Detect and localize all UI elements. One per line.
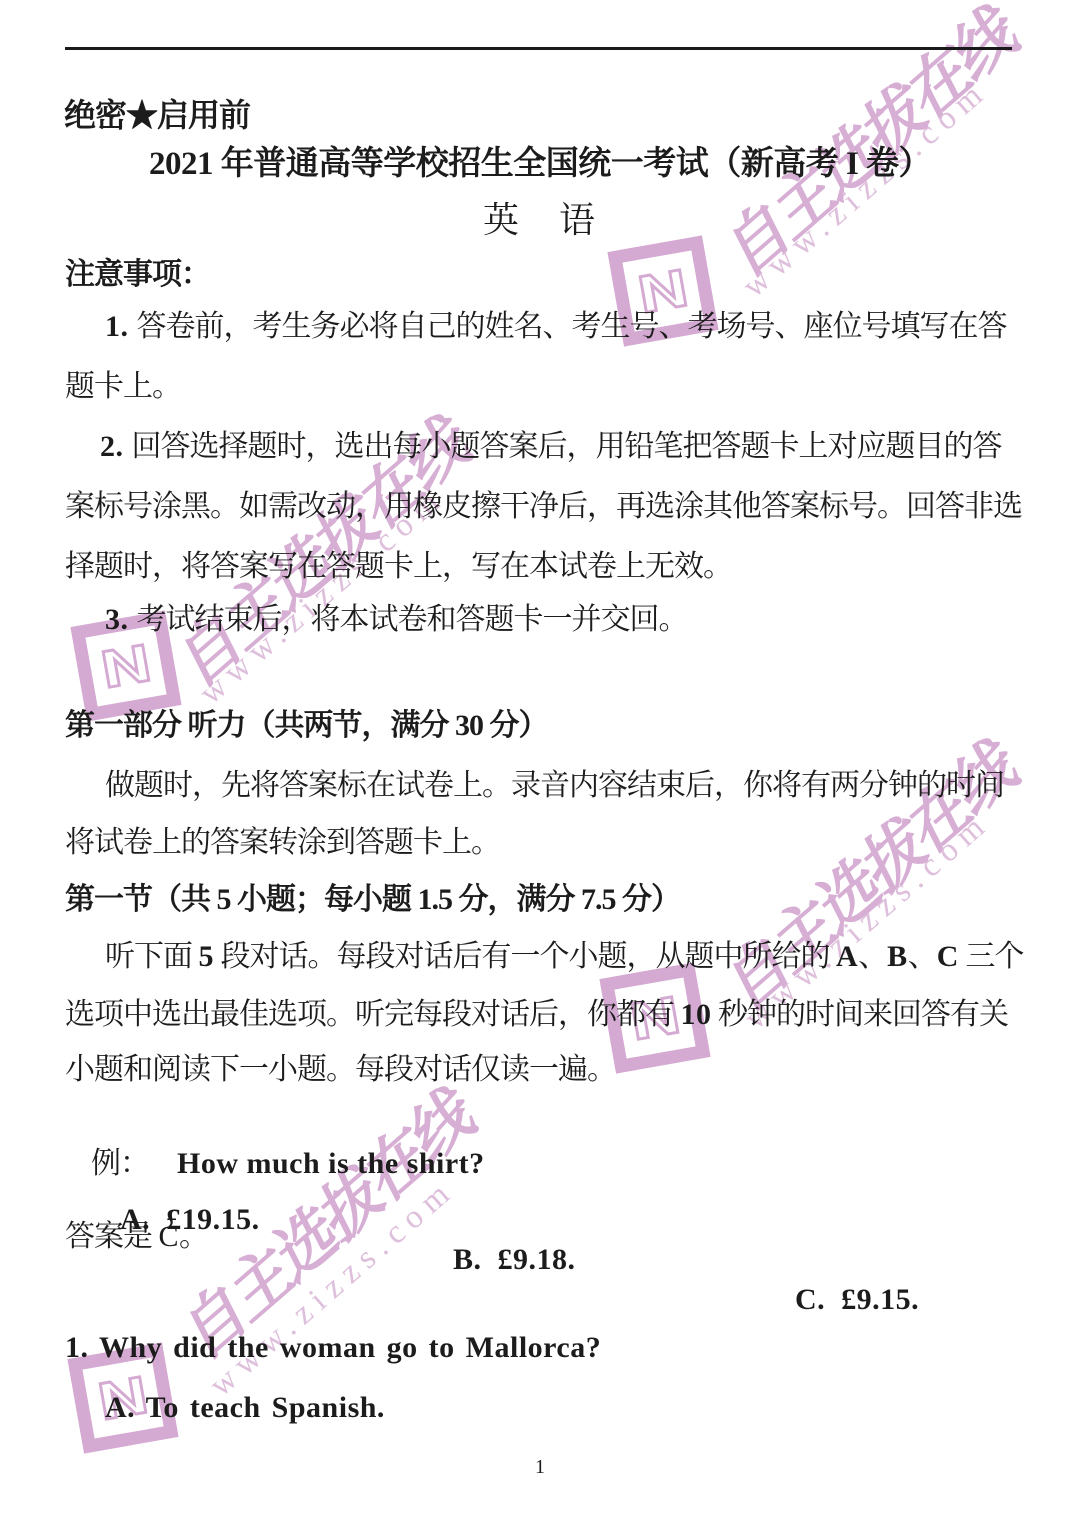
top-rule — [65, 47, 1012, 50]
notice-heading: 注意事项： — [65, 255, 210, 295]
section1-instruction-line-3: 小题和阅读下一小题。每段对话仅读一遍。 — [65, 1050, 616, 1090]
part1-heading: 第一部分 听力（共两节，满分 30 分） — [65, 706, 548, 746]
page-number: 1 — [0, 1456, 1080, 1479]
notice-item-1-line-1: 1. 答卷前，考生务必将自己的姓名、考生号、考场号、座位号填写在答 — [105, 307, 1007, 347]
example-option-c: C. £9.15. — [795, 1280, 919, 1320]
exam-title: 2021 年普通高等学校招生全国统一考试（新高考 I 卷） — [0, 137, 1080, 184]
notice-item-1-line-2: 题卡上。 — [65, 367, 181, 407]
notice-item-2-line-3: 择题时，将答案写在答题卡上，写在本试卷上无效。 — [65, 547, 732, 587]
classification-label: 绝密★启用前 — [64, 90, 250, 136]
question-1-text: 1. Why did the woman go to Mallorca? — [65, 1328, 601, 1368]
exam-page: 绝密★启用前 2021 年普通高等学校招生全国统一考试（新高考 I 卷） 英 语… — [0, 0, 1080, 1527]
notice-item-2-line-2: 案标号涂黑。如需改动，用橡皮擦干净后，再选涂其他答案标号。回答非选 — [65, 487, 1022, 527]
section1-instruction-line-1: 听下面 5 段对话。每段对话后有一个小题，从题中所给的 A、B、C 三个 — [105, 937, 1023, 977]
section1-heading: 第一节（共 5 小题；每小题 1.5 分，满分 7.5 分） — [65, 880, 680, 920]
exam-subject: 英 语 — [0, 192, 1080, 243]
notice-item-2-line-1: 2. 回答选择题时，选出每小题答案后，用铅笔把答题卡上对应题目的答 — [100, 427, 1002, 467]
example-answer: 答案是 C。 — [65, 1217, 208, 1257]
example-option-b: B. £9.18. — [453, 1240, 576, 1280]
notice-item-3: 3. 考试结束后，将本试卷和答题卡一并交回。 — [105, 600, 688, 640]
section1-instruction-line-2: 选项中选出最佳选项。听完每段对话后，你都有 10 秒钟的时间来回答有关 — [65, 995, 1008, 1035]
part1-intro-line-1: 做题时，先将答案标在试卷上。录音内容结束后，你将有两分钟的时间 — [105, 766, 1004, 806]
part1-intro-line-2: 将试卷上的答案转涂到答题卡上。 — [65, 823, 500, 863]
question-1-option-a: A. To teach Spanish. — [105, 1388, 385, 1428]
